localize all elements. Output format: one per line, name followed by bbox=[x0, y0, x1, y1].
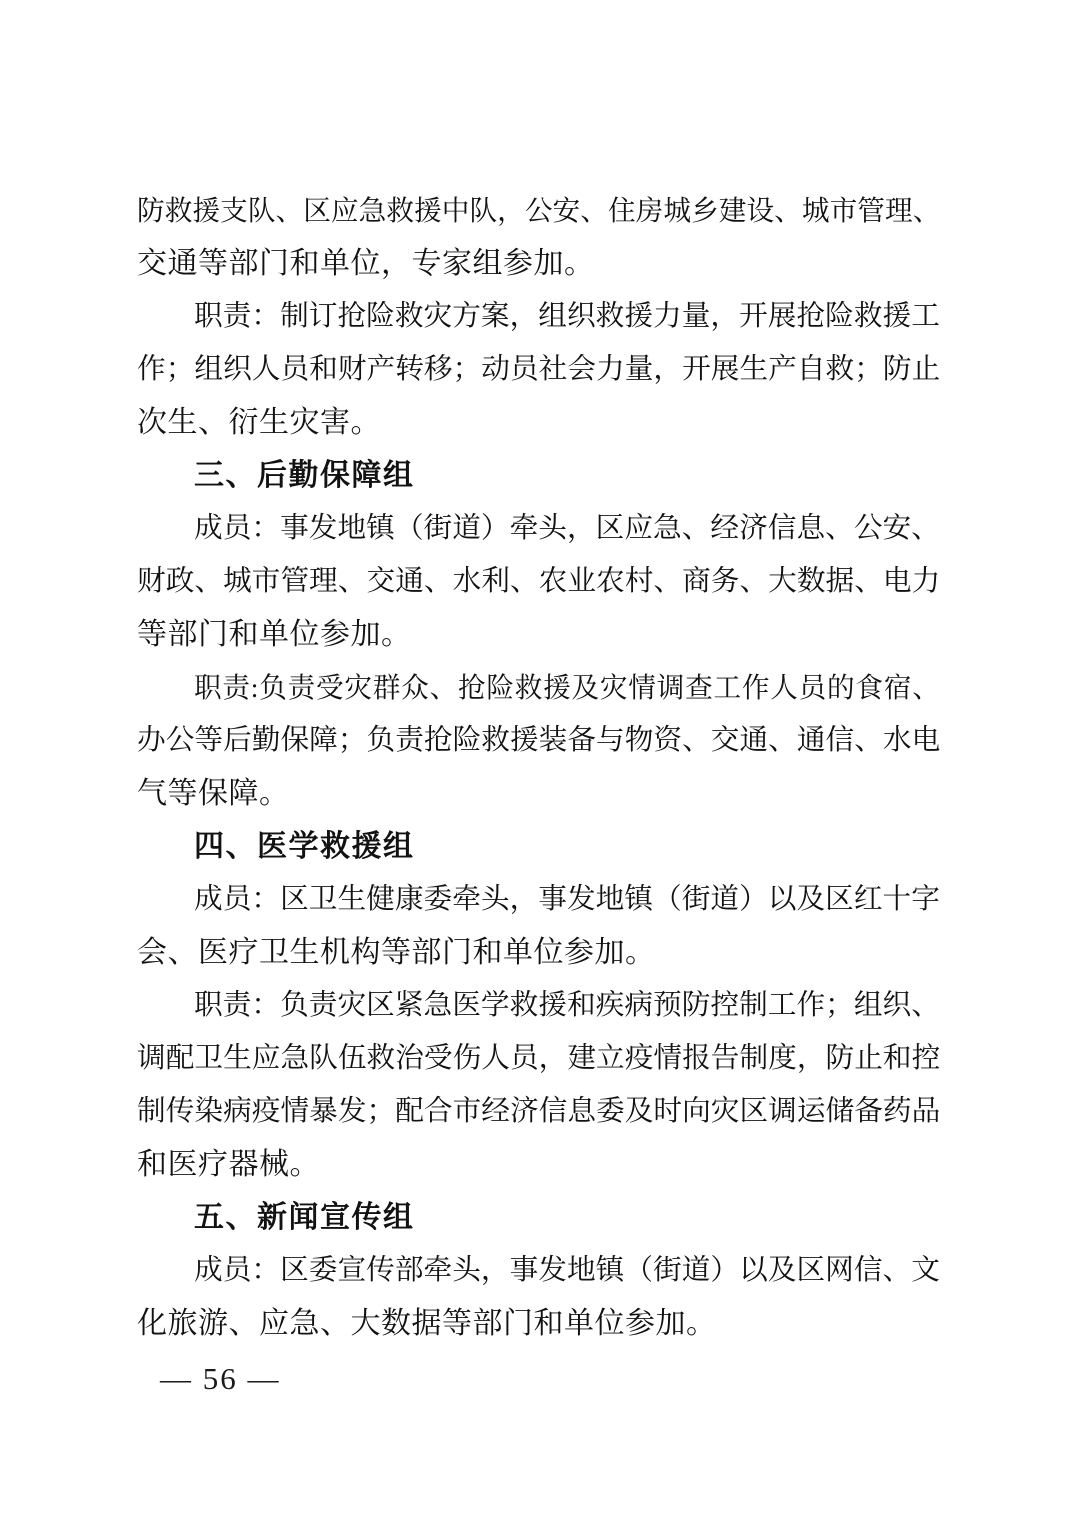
paragraph: 成员：区委宣传部牵头，事发地镇（街道）以及区网信、文化旅游、应急、大数据等部门和… bbox=[137, 1244, 940, 1350]
paragraph: 成员：区卫生健康委牵头，事发地镇（街道）以及区红十字会、医疗卫生机构等部门和单位… bbox=[137, 873, 940, 979]
text-line: 三、后勤保障组 bbox=[137, 449, 940, 502]
text-line: 成员：事发地镇（街道）牵头，区应急、经济信息、公安、 bbox=[137, 502, 940, 555]
text-line: 化旅游、应急、大数据等部门和单位参加。 bbox=[137, 1297, 940, 1350]
page-footer: — 56 — bbox=[160, 1359, 281, 1399]
text-line: 次生、衍生灾害。 bbox=[137, 396, 940, 449]
text-line: 会、医疗卫生机构等部门和单位参加。 bbox=[137, 926, 940, 979]
text-line: 职责：制订抢险救灾方案，组织救援力量，开展抢险救援工 bbox=[137, 290, 940, 343]
paragraph: 防救援支队、区应急救援中队，公安、住房城乡建设、城市管理、交通等部门和单位，专家… bbox=[137, 184, 940, 290]
paragraph: 职责：制订抢险救灾方案，组织救援力量，开展抢险救援工作；组织人员和财产转移；动员… bbox=[137, 290, 940, 449]
section-heading: 三、后勤保障组 bbox=[137, 449, 940, 502]
text-line: 调配卫生应急队伍救治受伤人员，建立疫情报告制度，防止和控 bbox=[137, 1032, 940, 1085]
page-number: — 56 — bbox=[160, 1361, 281, 1396]
section-heading: 四、医学救援组 bbox=[137, 820, 940, 873]
text-line: 职责：负责灾区紧急医学救援和疾病预防控制工作；组织、 bbox=[137, 979, 940, 1032]
section-heading: 五、新闻宣传组 bbox=[137, 1191, 940, 1244]
paragraph: 职责:负责受灾群众、抢险救援及灾情调查工作人员的食宿、办公等后勤保障；负责抢险救… bbox=[137, 661, 940, 820]
text-line: 作；组织人员和财产转移；动员社会力量，开展生产自救；防止 bbox=[137, 343, 940, 396]
document-content: 防救援支队、区应急救援中队，公安、住房城乡建设、城市管理、交通等部门和单位，专家… bbox=[137, 184, 940, 1350]
text-line: 等部门和单位参加。 bbox=[137, 608, 940, 661]
text-line: 防救援支队、区应急救援中队，公安、住房城乡建设、城市管理、 bbox=[137, 184, 940, 237]
paragraph: 成员：事发地镇（街道）牵头，区应急、经济信息、公安、财政、城市管理、交通、水利、… bbox=[137, 502, 940, 661]
text-line: 制传染病疫情暴发；配合市经济信息委及时向灾区调运储备药品 bbox=[137, 1085, 940, 1138]
text-line: 气等保障。 bbox=[137, 767, 940, 820]
text-line: 交通等部门和单位，专家组参加。 bbox=[137, 237, 940, 290]
text-line: 四、医学救援组 bbox=[137, 820, 940, 873]
text-line: 五、新闻宣传组 bbox=[137, 1191, 940, 1244]
text-line: 财政、城市管理、交通、水利、农业农村、商务、大数据、电力 bbox=[137, 555, 940, 608]
paragraph: 职责：负责灾区紧急医学救援和疾病预防控制工作；组织、调配卫生应急队伍救治受伤人员… bbox=[137, 979, 940, 1191]
text-line: 成员：区卫生健康委牵头，事发地镇（街道）以及区红十字 bbox=[137, 873, 940, 926]
text-line: 和医疗器械。 bbox=[137, 1138, 940, 1191]
document-page: 防救援支队、区应急救援中队，公安、住房城乡建设、城市管理、交通等部门和单位，专家… bbox=[0, 0, 1074, 1520]
text-line: 职责:负责受灾群众、抢险救援及灾情调查工作人员的食宿、 bbox=[137, 661, 940, 714]
text-line: 成员：区委宣传部牵头，事发地镇（街道）以及区网信、文 bbox=[137, 1244, 940, 1297]
text-line: 办公等后勤保障；负责抢险救援装备与物资、交通、通信、水电 bbox=[137, 714, 940, 767]
